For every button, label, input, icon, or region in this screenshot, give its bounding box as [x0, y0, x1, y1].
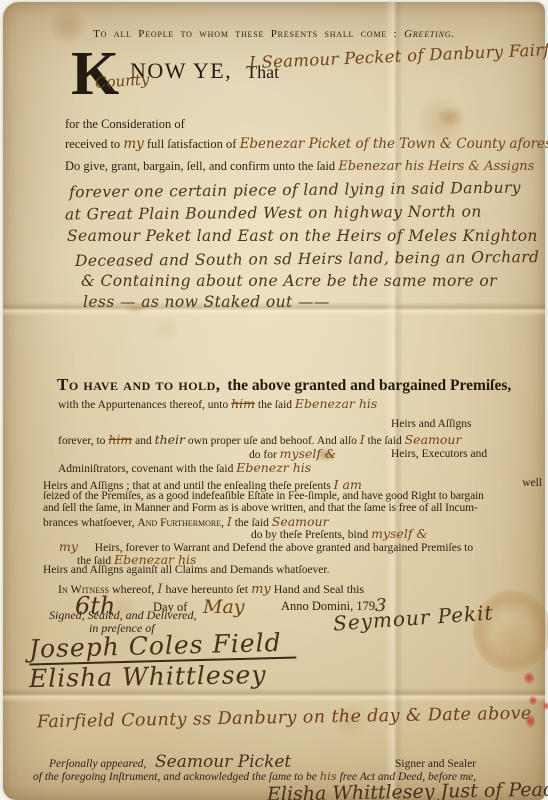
red-wax-mark [524, 672, 534, 684]
grantee-handwriting: Ebenezar his Heirs & Assigns [338, 159, 534, 174]
i-handwriting: I [360, 432, 365, 447]
proclamation-text: To all People to whom these Presents sha… [93, 28, 397, 40]
heirs-assigns-text: Heirs and Aſſigns [391, 418, 472, 430]
my-handwriting: my [123, 136, 143, 152]
satisfaction-text: full ſatisfaction of [147, 137, 237, 151]
land-description-line: forever one certain piece of land lying … [69, 179, 521, 202]
seamour-handwriting: Seamour [405, 432, 462, 447]
furthermore-text: And Furthermore, [137, 517, 224, 529]
grant-text: Do give, grant, bargain, ſell, and confi… [65, 159, 335, 173]
payer-handwriting: Ebenezar Picket of the Town & County afo… [240, 136, 548, 152]
premises-text: the above granted and bargained Premiſes… [227, 377, 511, 394]
land-description-line: Deceased and South on sd Heirs land, bei… [75, 248, 539, 270]
administrators-line: Adminiſtrators, covenant with the ſaid E… [58, 460, 311, 475]
his-handwriting: his [320, 769, 337, 783]
received-text: received to [65, 137, 120, 151]
ebenezr-handwriting: Ebenezr his [236, 460, 311, 475]
consideration-label: for the Consideration of [65, 117, 185, 132]
seal-stain-core [489, 622, 537, 666]
i-handwriting: I [227, 514, 232, 529]
my-handwriting: my [59, 539, 78, 554]
land-description-line: less — as now Staked out —— [83, 293, 330, 311]
executors-line: do for myself & Heirs, Executors and [3, 446, 545, 460]
proclamation-header: To all People to whom these Presents sha… [3, 28, 545, 40]
executors-text: Heirs, Executors and [391, 448, 487, 460]
county-handwriting: County [94, 70, 149, 92]
appurtenances-text: with the Appurtenances thereof, unto [58, 399, 228, 411]
red-wax-mark [543, 702, 548, 710]
sell-text: and ſell the ſame, in Manner and Form as… [43, 502, 478, 514]
venue-handwriting: Fairfield County ss Danbury on the day &… [37, 704, 532, 733]
appurtenances-line: with the Appurtenances thereof, unto him… [58, 396, 377, 411]
well-text: well [522, 477, 542, 489]
land-description-line: Seamour Peket land East on the Heirs of … [67, 227, 538, 245]
grant-line: Do give, grant, bargain, ſell, and confi… [65, 159, 534, 174]
instrument-text: of the foregoing Inſtrument, and acknowl… [33, 771, 317, 783]
to-have-and-hold-text: To have and to hold, [57, 375, 221, 394]
fold-crease-vertical [385, 2, 403, 800]
behoof-line: forever, to him and their own proper uſe… [58, 432, 461, 447]
grantee-handwriting: Ebenezar his [295, 396, 377, 411]
him-handwriting: him [108, 432, 132, 447]
deed-document: To all People to whom these Presents sha… [3, 2, 545, 800]
do-for-group: do for myself & [249, 446, 336, 461]
their-handwriting: their [155, 432, 185, 447]
claims-text: Heirs and Aſſigns againſt all Claims and… [43, 564, 329, 576]
habendum-lead: To have and to hold, the above granted a… [57, 375, 511, 395]
greeting-text: Greeting. [404, 28, 455, 40]
him-handwriting: him [231, 396, 255, 411]
month-handwriting: May [203, 596, 245, 618]
myself-handwriting: myself & [280, 446, 336, 461]
seized-text: ſeized of the Premiſes, as a good indefe… [43, 490, 484, 502]
received-line: received to my full ſatisfaction of Eben… [65, 136, 548, 152]
land-description-line: & Containing about one Acre be the same … [81, 272, 497, 290]
ink-blot [435, 106, 465, 128]
administrators-text: Adminiſtrators, covenant with the ſaid [58, 463, 233, 475]
land-description-line: at Great Plain Bounded West on highway N… [65, 203, 482, 224]
brances-text: brances whatſoever, [43, 517, 135, 529]
the-said-text: the ſaid [258, 399, 292, 411]
witness-signature-2: Elisha Whittlesey [29, 660, 267, 693]
